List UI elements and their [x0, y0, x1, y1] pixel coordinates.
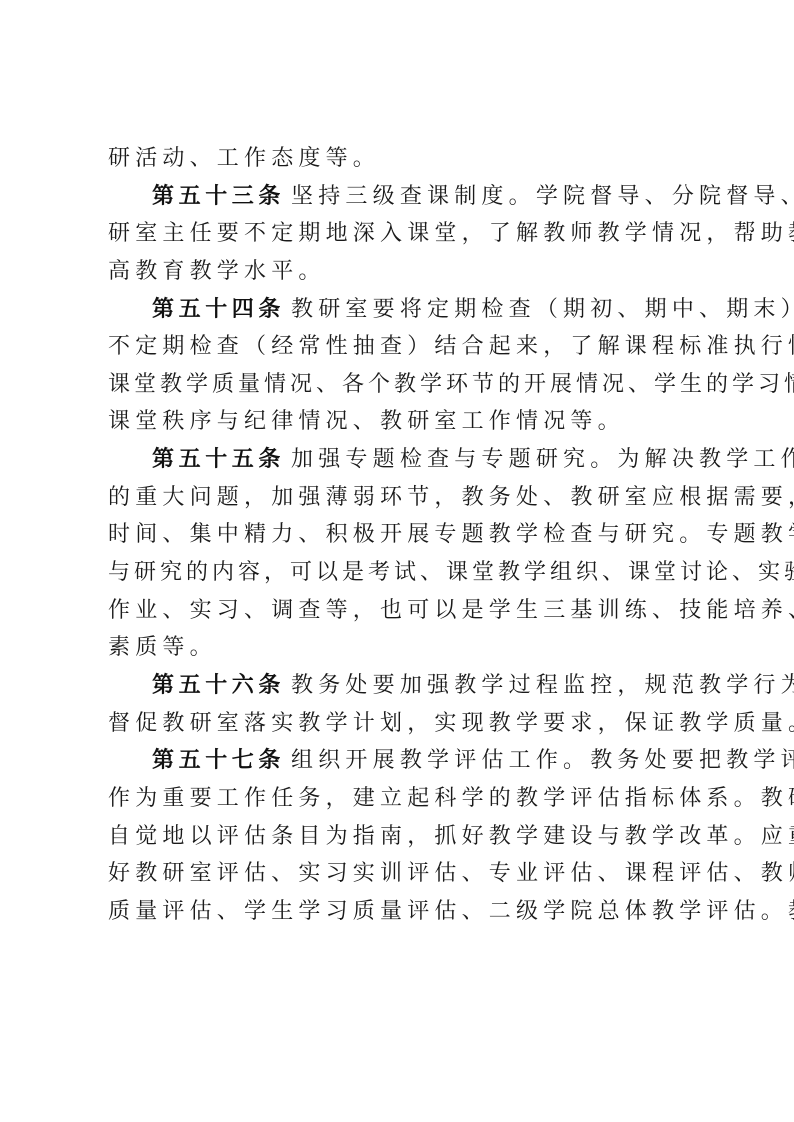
text-line: 作为重要工作任务，建立起科学的教学评估指标体系。教研室要 — [108, 780, 698, 818]
text-line: 高教育教学水平。 — [108, 253, 698, 291]
text-line: 的重大问题，加强薄弱环节，教务处、教研室应根据需要，集中 — [108, 479, 698, 517]
text-line: 与研究的内容，可以是考试、课堂教学组织、课堂讨论、实验课、 — [108, 554, 698, 592]
article-57-line: 第五十七条组织开展教学评估工作。教务处要把教学评估 — [108, 742, 698, 780]
article-53-line: 第五十三条坚持三级查课制度。学院督导、分院督导、教 — [108, 178, 698, 216]
article-number: 第五十四条 — [152, 296, 285, 322]
text-line: 时间、集中精力、积极开展专题教学检查与研究。专题教学检查 — [108, 516, 698, 554]
text-line: 素质等。 — [108, 629, 698, 667]
text-line: 自觉地以评估条目为指南，抓好教学建设与教学改革。应重点抓 — [108, 818, 698, 856]
text-line: 好教研室评估、实习实训评估、专业评估、课程评估、教师教学 — [108, 855, 698, 893]
text-line: 不定期检查（经常性抽查）结合起来，了解课程标准执行情况、 — [108, 328, 698, 366]
article-54-line: 第五十四条教研室要将定期检查（期初、期中、期末）与 — [108, 291, 698, 329]
article-number: 第五十六条 — [152, 672, 285, 698]
body-text: 研活动、工作态度等。 第五十三条坚持三级查课制度。学院督导、分院督导、教 研室主… — [108, 140, 698, 930]
text-line: 研室主任要不定期地深入课堂，了解教师教学情况，帮助教师提 — [108, 215, 698, 253]
text-line: 督促教研室落实教学计划，实现教学要求，保证教学质量。 — [108, 705, 698, 743]
article-number: 第五十七条 — [152, 747, 285, 773]
text-line: 课堂秩序与纪律情况、教研室工作情况等。 — [108, 403, 698, 441]
article-number: 第五十五条 — [152, 446, 285, 472]
article-56-line: 第五十六条教务处要加强教学过程监控，规范教学行为， — [108, 667, 698, 705]
document-page: 研活动、工作态度等。 第五十三条坚持三级查课制度。学院督导、分院督导、教 研室主… — [0, 0, 794, 1122]
article-55-line: 第五十五条加强专题检查与专题研究。为解决教学工作中 — [108, 441, 698, 479]
article-number: 第五十三条 — [152, 183, 285, 209]
text-line: 质量评估、学生学习质量评估、二级学院总体教学评估。教学评 — [108, 893, 698, 931]
text-line: 课堂教学质量情况、各个教学环节的开展情况、学生的学习情况、 — [108, 366, 698, 404]
text-line: 作业、实习、调查等，也可以是学生三基训练、技能培养、综合 — [108, 592, 698, 630]
text-line: 研活动、工作态度等。 — [108, 140, 698, 178]
